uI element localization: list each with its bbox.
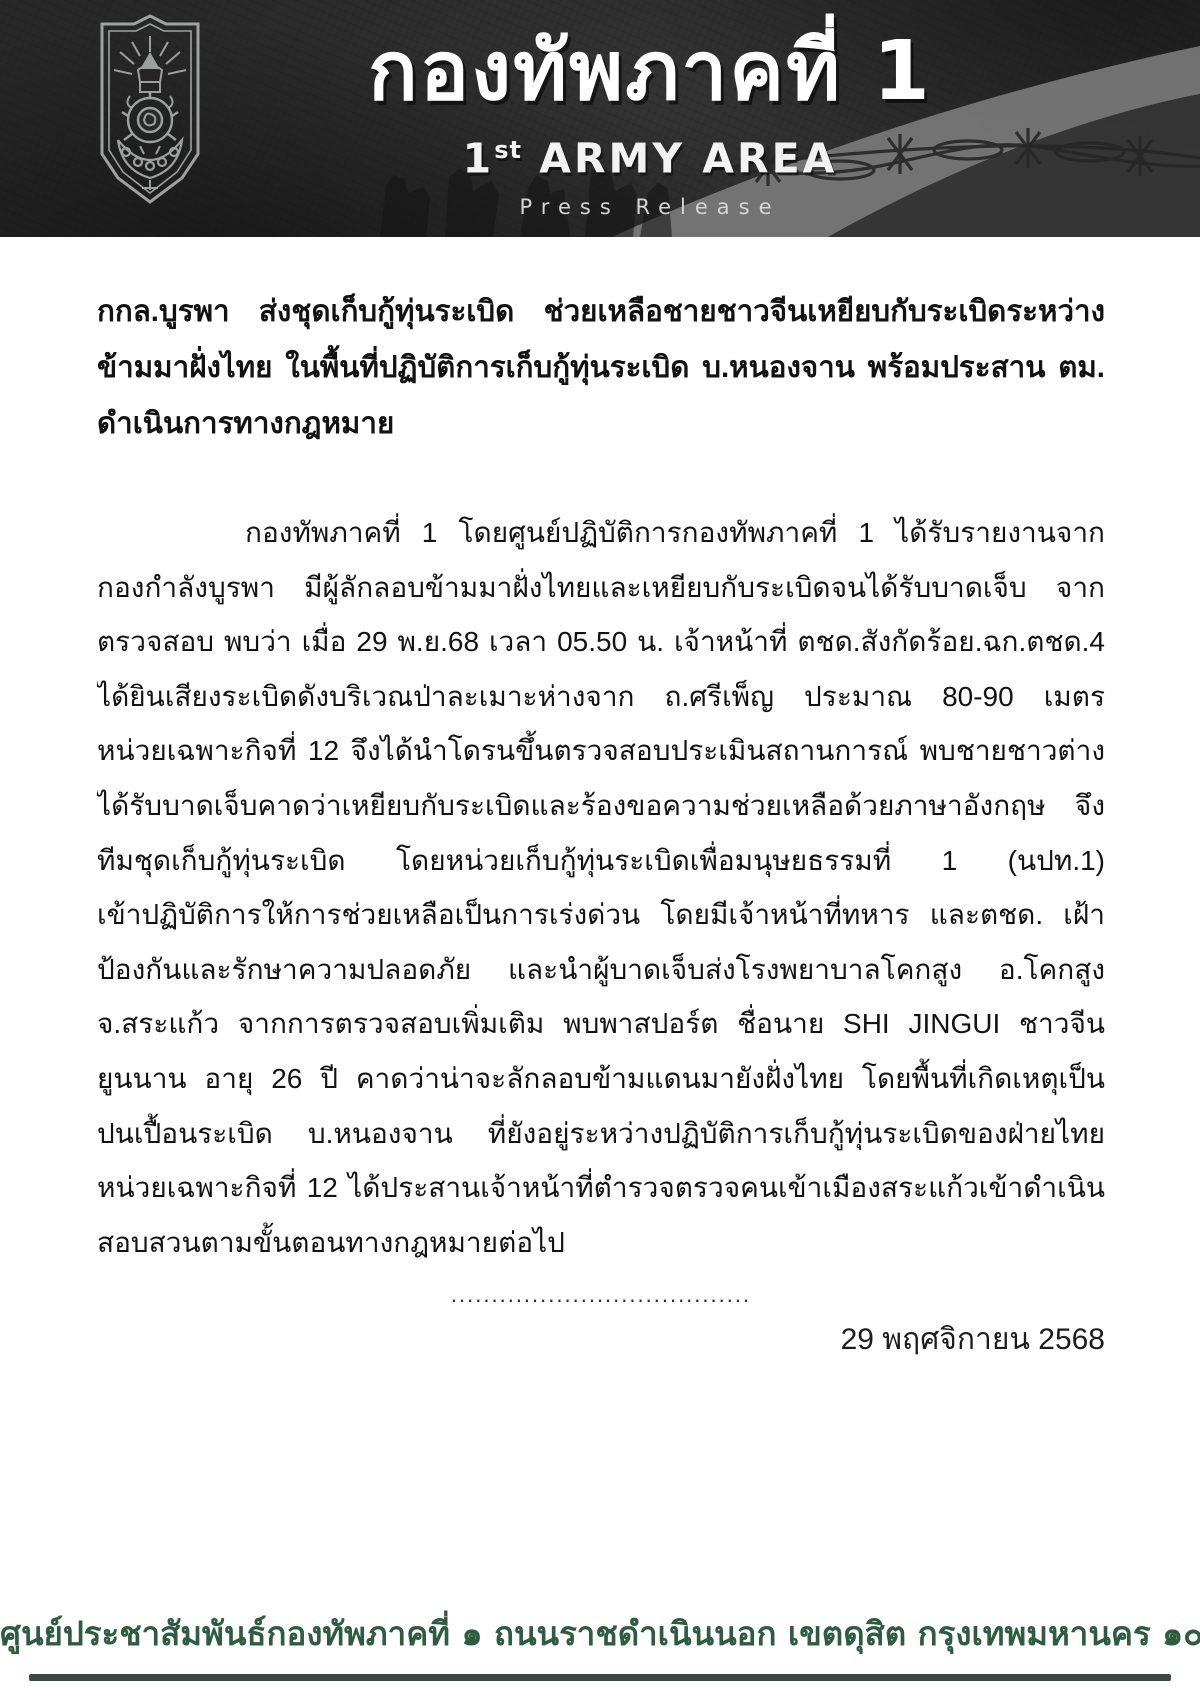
press-release-label: Press Release bbox=[250, 195, 1050, 219]
dotted-separator: ..................................... bbox=[97, 1282, 1105, 1308]
headline-line: ดำเนินการทางกฎหมาย bbox=[97, 396, 1105, 452]
header-banner: กองทัพภาคที่ 1 1st ARMY AREA Press Relea… bbox=[0, 0, 1200, 237]
footer-rule bbox=[29, 1674, 1171, 1681]
ordinal-suffix: st bbox=[494, 136, 522, 164]
headline-line: ข้ามมาฝั่งไทย ในพื้นที่ปฏิบัติการเก็บกู้… bbox=[97, 340, 1105, 396]
body-line: ยูนนาน อายุ 26 ปี คาดว่าน่าจะลักลอบข้ามแ… bbox=[97, 1052, 1105, 1107]
body-line: กองทัพภาคที่ 1 โดยศูนย์ปฏิบัติการกองทัพภ… bbox=[97, 506, 1105, 561]
page-title-thai: กองทัพภาคที่ 1 bbox=[250, 18, 1050, 126]
footer: ศูนย์ประชาสัมพันธ์กองทัพภาคที่ ๑ ถนนราชด… bbox=[0, 1606, 1200, 1681]
body-line: ป้องกันและรักษาความปลอดภัย และนำผู้บาดเจ… bbox=[97, 943, 1105, 998]
headline-paragraph: กกล.บูรพา ส่งชุดเก็บกู้ทุ่นระเบิด ช่วยเห… bbox=[97, 237, 1105, 452]
body-line: ได้ยินเสียงระเบิดดังบริเวณป่าละเมาะห่างจ… bbox=[97, 670, 1105, 725]
body-line: หน่วยเฉพาะกิจที่ 12 จึงได้นำโดรนขึ้นตรวจ… bbox=[97, 724, 1105, 779]
body-line: หน่วยเฉพาะกิจที่ 12 ได้ประสานเจ้าหน้าที่… bbox=[97, 1161, 1105, 1216]
headline-line: กกล.บูรพา ส่งชุดเก็บกู้ทุ่นระเบิด ช่วยเห… bbox=[97, 284, 1105, 340]
footer-address: ศูนย์ประชาสัมพันธ์กองทัพภาคที่ ๑ ถนนราชด… bbox=[0, 1606, 1200, 1662]
body-line: เข้าปฏิบัติการให้การช่วยเหลือเป็นการเร่ง… bbox=[97, 888, 1105, 943]
body-line: ตรวจสอบ พบว่า เมื่อ 29 พ.ย.68 เวลา 05.50… bbox=[97, 615, 1105, 670]
army-crest-icon bbox=[82, 12, 218, 208]
document-date: 29 พฤศจิกายน 2568 bbox=[97, 1318, 1105, 1362]
body-line: ทีมชุดเก็บกู้ทุ่นระเบิด โดยหน่วยเก็บกู้ท… bbox=[97, 834, 1105, 889]
body-line: จ.สระแก้ว จากการตรวจสอบเพิ่มเติม พบพาสปอ… bbox=[97, 997, 1105, 1052]
body-line: ได้รับบาดเจ็บคาดว่าเหยียบกับระเบิดและร้อ… bbox=[97, 779, 1105, 834]
document-body: กกล.บูรพา ส่งชุดเก็บกู้ทุ่นระเบิด ช่วยเห… bbox=[97, 237, 1105, 1362]
body-line: ปนเปื้อนระเบิด บ.หนองจาน ที่ยังอยู่ระหว่… bbox=[97, 1107, 1105, 1162]
header-titles: กองทัพภาคที่ 1 1st ARMY AREA Press Relea… bbox=[250, 0, 1050, 219]
body-line: สอบสวนตามขั้นตอนทางกฎหมายต่อไป bbox=[97, 1216, 1105, 1271]
page-title-english: 1st ARMY AREA bbox=[250, 128, 1050, 181]
body-paragraph: กองทัพภาคที่ 1 โดยศูนย์ปฏิบัติการกองทัพภ… bbox=[97, 506, 1105, 1270]
press-release-page: กองทัพภาคที่ 1 1st ARMY AREA Press Relea… bbox=[0, 0, 1200, 1708]
army-area-label: ARMY AREA bbox=[522, 135, 837, 183]
ordinal-number: 1 bbox=[463, 135, 495, 183]
body-line: กองกำลังบูรพา มีผู้ลักลอบข้ามมาฝั่งไทยแล… bbox=[97, 561, 1105, 616]
